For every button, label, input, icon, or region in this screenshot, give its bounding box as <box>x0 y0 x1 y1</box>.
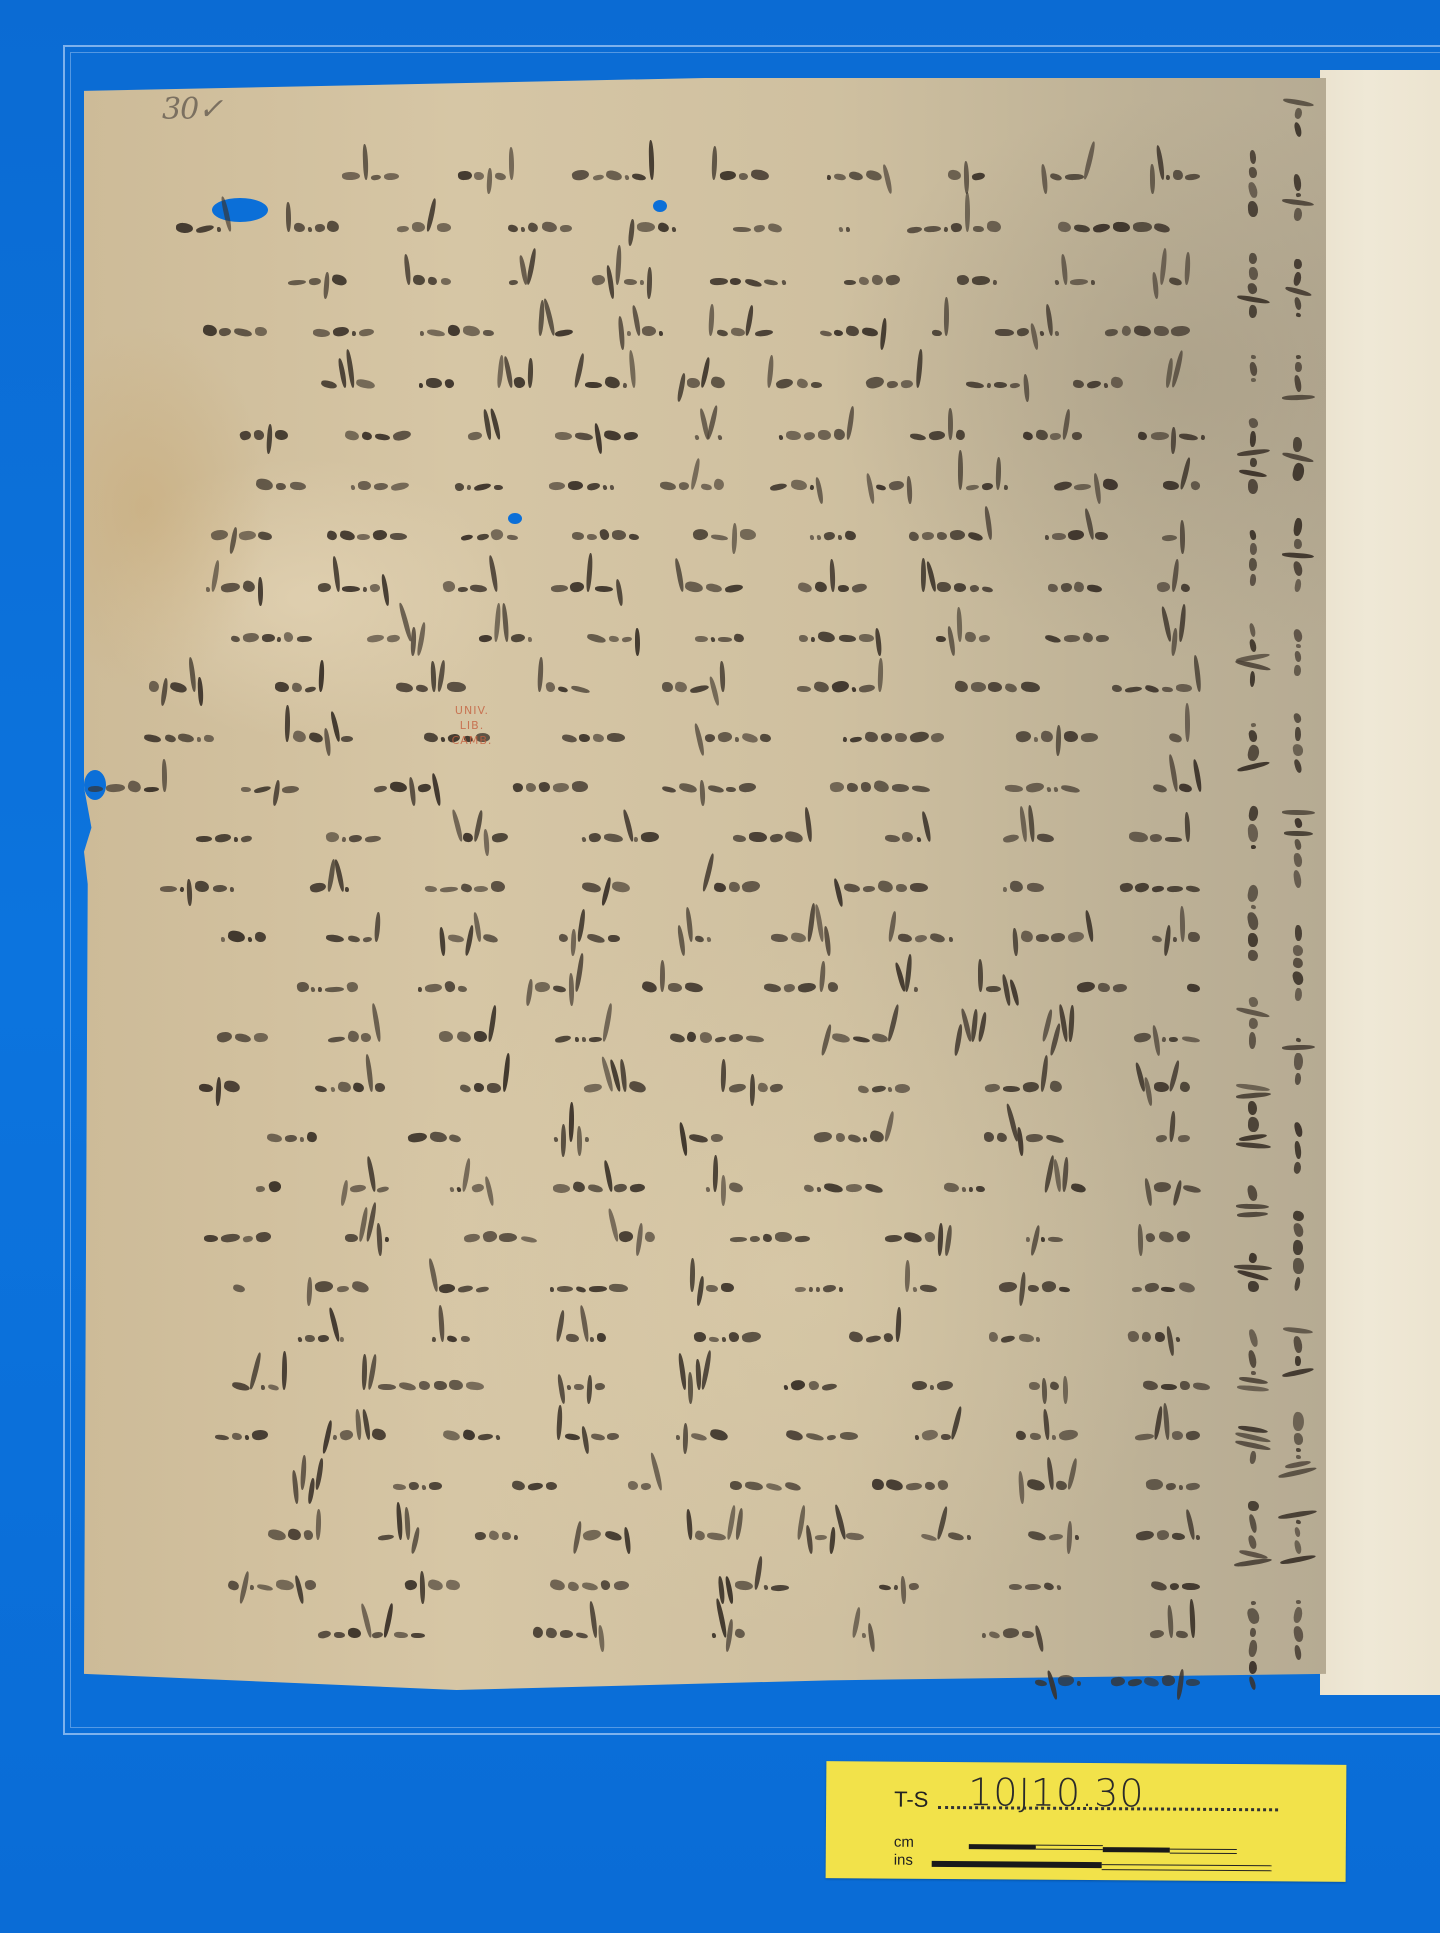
handwritten-word <box>558 1305 606 1342</box>
ink-stroke <box>460 883 472 893</box>
ink-stroke <box>473 810 484 842</box>
handwritten-word <box>1283 174 1313 222</box>
ink-stroke <box>1046 787 1051 793</box>
handwritten-word <box>1238 1085 1268 1149</box>
handwritten-word <box>629 219 677 232</box>
ink-stroke <box>144 733 162 743</box>
ink-stroke <box>607 1433 619 1441</box>
handwritten-word <box>1238 1427 1268 1464</box>
ink-stroke <box>393 1484 406 1490</box>
ink-stroke <box>1155 145 1165 180</box>
ink-stroke <box>1026 1237 1031 1242</box>
handwritten-word <box>804 1184 883 1192</box>
ink-stroke <box>475 1531 487 1541</box>
ink-stroke <box>929 430 946 441</box>
ink-stroke <box>631 305 641 337</box>
handwritten-word <box>693 523 755 540</box>
ink-stroke <box>1234 1557 1272 1568</box>
ink-stroke <box>1028 1285 1040 1293</box>
text-line <box>140 450 1200 490</box>
ink-stroke <box>314 1457 324 1490</box>
ink-stroke <box>642 326 657 337</box>
ink-stroke <box>809 1287 814 1293</box>
ink-stroke <box>1052 1159 1061 1192</box>
text-line <box>115 952 1200 992</box>
ink-stroke <box>1150 164 1155 195</box>
ink-stroke <box>250 1585 255 1591</box>
ink-stroke <box>910 433 927 441</box>
ink-stroke <box>463 832 474 842</box>
ink-stroke <box>1110 377 1123 389</box>
ink-stroke <box>1003 485 1008 491</box>
ink-stroke <box>976 1186 986 1192</box>
ink-stroke <box>948 408 953 440</box>
ink-stroke <box>1185 886 1200 893</box>
handwritten-word <box>584 1056 647 1092</box>
ink-stroke <box>1170 559 1179 592</box>
ink-stroke <box>470 584 488 593</box>
ink-stroke <box>1248 1534 1258 1549</box>
ink-stroke <box>1292 1223 1304 1238</box>
ink-stroke <box>289 482 305 491</box>
handwritten-word <box>231 632 312 642</box>
handwritten-word <box>345 431 411 440</box>
ink-stroke <box>995 457 1001 490</box>
ink-stroke <box>611 881 630 893</box>
handwritten-word <box>706 853 761 892</box>
handwritten-word <box>549 481 614 490</box>
ink-stroke <box>775 1232 792 1242</box>
handwritten-word <box>1029 1376 1068 1390</box>
handwritten-word <box>642 960 703 992</box>
ink-stroke <box>1247 805 1259 822</box>
ink-stroke <box>851 1607 862 1638</box>
handwritten-word <box>328 1003 379 1042</box>
ink-stroke <box>487 1005 498 1042</box>
ink-stroke <box>885 835 900 843</box>
ink-stroke <box>1020 681 1040 693</box>
ink-stroke <box>493 603 501 642</box>
ink-stroke <box>339 1429 354 1442</box>
handwritten-word <box>1164 604 1185 642</box>
ink-stroke <box>588 1036 602 1043</box>
ink-stroke <box>607 934 619 942</box>
ink-stroke <box>220 196 232 232</box>
ink-stroke <box>1179 457 1192 490</box>
ink-stroke <box>1095 532 1108 540</box>
ink-stroke <box>978 959 983 992</box>
handwritten-word <box>455 483 503 491</box>
ink-stroke <box>1037 834 1055 843</box>
ink-stroke <box>549 1579 566 1592</box>
ink-stroke <box>350 1184 367 1193</box>
ink-stroke <box>827 1434 837 1441</box>
handwritten-word <box>431 1258 488 1292</box>
handwritten-word <box>228 1571 315 1590</box>
ink-stroke <box>649 140 655 180</box>
ink-stroke <box>1292 957 1303 968</box>
ink-stroke <box>514 1535 518 1540</box>
ink-stroke <box>852 687 857 693</box>
handwritten-word <box>910 408 966 440</box>
ink-stroke <box>713 478 725 490</box>
handwritten-word <box>196 834 252 842</box>
ink-stroke <box>357 534 370 541</box>
ink-stroke <box>863 885 875 892</box>
ink-stroke <box>1025 782 1044 794</box>
text-line <box>110 852 1200 892</box>
ink-stroke <box>1236 1091 1271 1099</box>
handwritten-word <box>1058 222 1170 232</box>
ink-stroke <box>717 435 722 441</box>
ink-stroke <box>1246 1607 1260 1626</box>
handwritten-word <box>551 553 622 592</box>
ink-stroke <box>332 274 349 287</box>
ink-stroke <box>254 430 265 441</box>
ink-stroke <box>413 274 426 285</box>
ink-stroke <box>728 1181 744 1193</box>
ink-stroke <box>1132 1286 1142 1292</box>
ink-stroke <box>1026 883 1044 892</box>
ink-stroke <box>1249 150 1256 165</box>
ink-stroke <box>603 429 621 441</box>
handwritten-word <box>267 1132 317 1142</box>
ink-stroke <box>582 837 587 843</box>
handwritten-word <box>676 1423 728 1440</box>
handwritten-word <box>461 529 518 540</box>
ink-stroke <box>444 980 456 993</box>
ink-stroke <box>1155 1332 1166 1343</box>
ink-stroke <box>894 1585 899 1591</box>
ink-stroke <box>461 1158 472 1192</box>
ink-stroke <box>950 1406 964 1440</box>
handwritten-word <box>827 164 889 180</box>
ink-stroke <box>806 903 816 942</box>
ink-stroke <box>305 1335 315 1343</box>
ink-stroke <box>1248 729 1258 742</box>
ink-stroke <box>674 558 685 592</box>
ink-stroke <box>650 1451 664 1490</box>
handwritten-word <box>233 1285 245 1292</box>
ink-stroke <box>483 330 494 336</box>
ink-stroke <box>1035 1680 1048 1687</box>
handwritten-word <box>1138 427 1205 440</box>
ink-stroke <box>733 835 746 842</box>
ink-stroke <box>813 681 829 693</box>
ink-stroke <box>462 325 480 336</box>
ink-stroke <box>1180 520 1185 554</box>
handwritten-word <box>1055 254 1095 285</box>
ink-stroke <box>1128 831 1147 843</box>
ink-stroke <box>619 1230 635 1243</box>
ink-stroke <box>1040 331 1045 337</box>
ink-stroke <box>1006 1103 1020 1142</box>
handwritten-word <box>885 811 929 842</box>
ink-stroke <box>883 1332 894 1343</box>
ink-stroke <box>1294 1527 1301 1538</box>
ink-stroke <box>1153 784 1168 794</box>
ink-stroke <box>1065 173 1084 180</box>
ink-stroke <box>636 222 655 233</box>
ink-stroke <box>306 1131 317 1142</box>
ink-stroke <box>604 833 624 843</box>
ink-stroke <box>1156 582 1170 593</box>
ink-stroke <box>1171 325 1191 337</box>
ink-stroke <box>902 832 914 842</box>
handwritten-word <box>345 1202 389 1242</box>
handwritten-word <box>206 560 263 592</box>
ink-stroke <box>762 1233 772 1242</box>
ink-stroke <box>1016 327 1030 338</box>
ink-stroke <box>1293 1258 1304 1274</box>
ink-stroke <box>1282 198 1314 207</box>
handwritten-word <box>425 881 506 892</box>
ink-stroke <box>1036 1337 1040 1342</box>
handwritten-word <box>936 607 990 642</box>
handwritten-word <box>1238 1185 1268 1217</box>
ink-stroke <box>255 1231 271 1244</box>
ink-stroke <box>342 586 360 592</box>
ink-stroke <box>1192 1382 1210 1391</box>
handwritten-word <box>824 1004 896 1042</box>
ink-stroke <box>910 883 928 892</box>
ink-stroke <box>556 1405 563 1440</box>
ink-stroke <box>206 587 210 592</box>
handwritten-word <box>844 275 900 285</box>
ink-stroke <box>606 170 623 182</box>
handwritten-word <box>662 661 725 692</box>
handwritten-word <box>310 859 349 892</box>
handwritten-word <box>733 807 811 842</box>
ink-stroke <box>622 383 627 389</box>
ink-stroke <box>1249 1451 1257 1465</box>
ink-stroke <box>1020 930 1034 943</box>
ink-stroke <box>242 1235 253 1243</box>
ink-stroke <box>1293 852 1303 867</box>
ink-stroke <box>1128 1330 1141 1343</box>
ink-stroke <box>396 1502 403 1540</box>
ink-stroke <box>227 1579 240 1591</box>
ink-stroke <box>1104 383 1109 388</box>
ink-stroke <box>1151 935 1162 943</box>
ink-stroke <box>438 1282 455 1293</box>
ink-stroke <box>458 985 468 992</box>
ink-stroke <box>462 1429 476 1441</box>
ink-stroke <box>630 1183 646 1193</box>
ink-stroke <box>914 987 919 993</box>
ink-stroke <box>1161 1675 1175 1687</box>
handwritten-word <box>582 877 630 892</box>
ink-stroke <box>905 1482 922 1491</box>
ink-stroke <box>361 432 372 441</box>
ink-stroke <box>1249 305 1258 318</box>
ink-stroke <box>730 278 742 285</box>
ink-stroke <box>733 227 751 233</box>
text-line <box>155 500 1185 540</box>
ink-stroke <box>982 586 994 593</box>
ink-stroke <box>284 705 290 742</box>
ink-stroke <box>574 432 593 441</box>
ink-stroke <box>706 1285 718 1292</box>
ink-stroke <box>1293 271 1303 286</box>
ink-stroke <box>1154 1082 1169 1092</box>
ink-stroke <box>1067 1458 1079 1490</box>
ink-stroke <box>1294 173 1303 190</box>
ink-stroke <box>304 1529 314 1540</box>
handwritten-word <box>810 531 855 540</box>
ink-stroke <box>1282 810 1315 815</box>
ink-stroke <box>581 881 601 893</box>
ink-stroke <box>572 532 584 540</box>
ink-stroke <box>798 981 818 993</box>
ink-stroke <box>1155 1134 1168 1144</box>
handwritten-word <box>572 529 639 540</box>
ink-stroke <box>504 356 515 389</box>
ink-stroke <box>296 981 309 993</box>
handwritten-word <box>498 355 533 388</box>
handwritten-word <box>1163 457 1200 490</box>
ink-stroke <box>362 936 372 943</box>
ink-stroke <box>1187 983 1201 993</box>
ink-stroke <box>937 1479 949 1491</box>
ink-stroke <box>1002 1627 1019 1639</box>
handwritten-word <box>695 405 722 440</box>
ink-stroke <box>719 661 725 692</box>
ink-stroke <box>1176 1230 1191 1243</box>
ink-stroke <box>282 1351 288 1390</box>
handwritten-word <box>362 1354 484 1390</box>
handwritten-word <box>1238 623 1268 687</box>
ink-stroke <box>973 226 984 232</box>
ink-stroke <box>749 1236 760 1243</box>
ink-stroke <box>1112 983 1127 993</box>
text-line <box>120 1102 1190 1142</box>
ink-stroke <box>345 1234 358 1243</box>
handwritten-word <box>1283 1328 1313 1374</box>
handwritten-word <box>405 1571 460 1590</box>
ink-stroke <box>734 633 745 642</box>
ink-stroke <box>831 679 850 694</box>
ink-stroke <box>954 583 967 592</box>
ink-stroke <box>786 430 801 440</box>
ink-stroke <box>1249 1676 1258 1691</box>
ink-stroke <box>764 279 779 286</box>
ink-stroke <box>797 686 811 692</box>
handwritten-word <box>468 408 498 440</box>
ink-stroke <box>221 1232 241 1243</box>
handwritten-word <box>1283 1512 1313 1562</box>
ink-stroke <box>1082 632 1094 643</box>
ink-stroke <box>1293 1336 1303 1354</box>
handwritten-word <box>1045 1004 1074 1042</box>
ink-stroke <box>1249 543 1257 555</box>
ink-stroke <box>981 482 993 491</box>
ink-stroke <box>325 832 339 843</box>
ink-stroke <box>696 1359 702 1391</box>
ink-stroke <box>816 1287 820 1292</box>
handwritten-word <box>1016 725 1098 742</box>
ink-stroke <box>915 1435 920 1440</box>
handwritten-word <box>464 1231 536 1242</box>
ink-stroke <box>242 632 259 643</box>
text-line <box>105 1152 1200 1192</box>
ink-stroke <box>374 483 389 491</box>
ink-stroke <box>291 682 303 693</box>
ink-stroke <box>1165 175 1170 181</box>
ink-stroke <box>1246 911 1259 931</box>
ink-stroke <box>818 631 836 643</box>
handwritten-word <box>1157 559 1190 592</box>
ink-stroke <box>1161 606 1173 642</box>
handwritten-word <box>1045 508 1108 540</box>
handwritten-word <box>1150 1599 1195 1638</box>
ink-stroke <box>356 378 376 390</box>
ink-stroke <box>442 1429 460 1441</box>
ink-stroke <box>1248 1640 1259 1658</box>
ink-stroke <box>1067 931 1085 944</box>
ink-stroke <box>1165 836 1182 842</box>
ink-stroke <box>502 1531 511 1540</box>
ink-stroke <box>285 1134 297 1142</box>
ink-stroke <box>1196 1535 1200 1540</box>
ink-stroke <box>708 304 715 336</box>
ink-stroke <box>143 786 159 792</box>
ink-stroke <box>572 1181 586 1193</box>
handwritten-word <box>460 1053 509 1092</box>
handwritten-word <box>1054 473 1117 490</box>
handwritten-word <box>1003 881 1043 892</box>
handwritten-word <box>199 1077 240 1092</box>
handwritten-word <box>396 660 466 692</box>
ink-stroke <box>676 1435 680 1440</box>
ink-stroke <box>730 1236 747 1242</box>
handwritten-word <box>958 450 1008 490</box>
handwritten-word <box>533 1601 604 1638</box>
ink-stroke <box>448 325 460 336</box>
ink-stroke <box>937 532 947 540</box>
ink-stroke <box>1068 529 1085 541</box>
ink-stroke <box>510 633 526 643</box>
ink-stroke <box>970 682 985 693</box>
ink-stroke <box>1161 1287 1176 1293</box>
handwritten-word <box>905 1260 937 1292</box>
ink-stroke <box>1135 1529 1155 1542</box>
ink-stroke <box>339 530 355 541</box>
handwritten-word <box>1283 925 1313 1000</box>
handwritten-word <box>240 424 288 440</box>
handwritten-word <box>611 1208 655 1242</box>
ink-stroke <box>1022 1631 1034 1638</box>
ink-stroke <box>1119 882 1133 893</box>
ink-stroke <box>1049 1533 1064 1541</box>
handwritten-word <box>318 556 388 592</box>
scale-label-cm: cm <box>894 1834 914 1851</box>
handwritten-word <box>1045 633 1109 642</box>
ink-stroke <box>738 782 756 793</box>
ink-stroke <box>372 1631 384 1639</box>
ink-stroke <box>932 330 942 336</box>
handwritten-word <box>820 318 886 336</box>
ink-stroke <box>613 1580 629 1591</box>
ink-stroke <box>996 1132 1008 1143</box>
handwritten-word <box>592 245 652 285</box>
text-line <box>145 1500 1200 1540</box>
ink-stroke <box>318 987 322 992</box>
ink-stroke <box>214 1434 229 1440</box>
handwritten-word <box>681 1122 723 1142</box>
handwritten-word <box>1167 350 1180 388</box>
handwritten-word <box>553 1160 645 1192</box>
